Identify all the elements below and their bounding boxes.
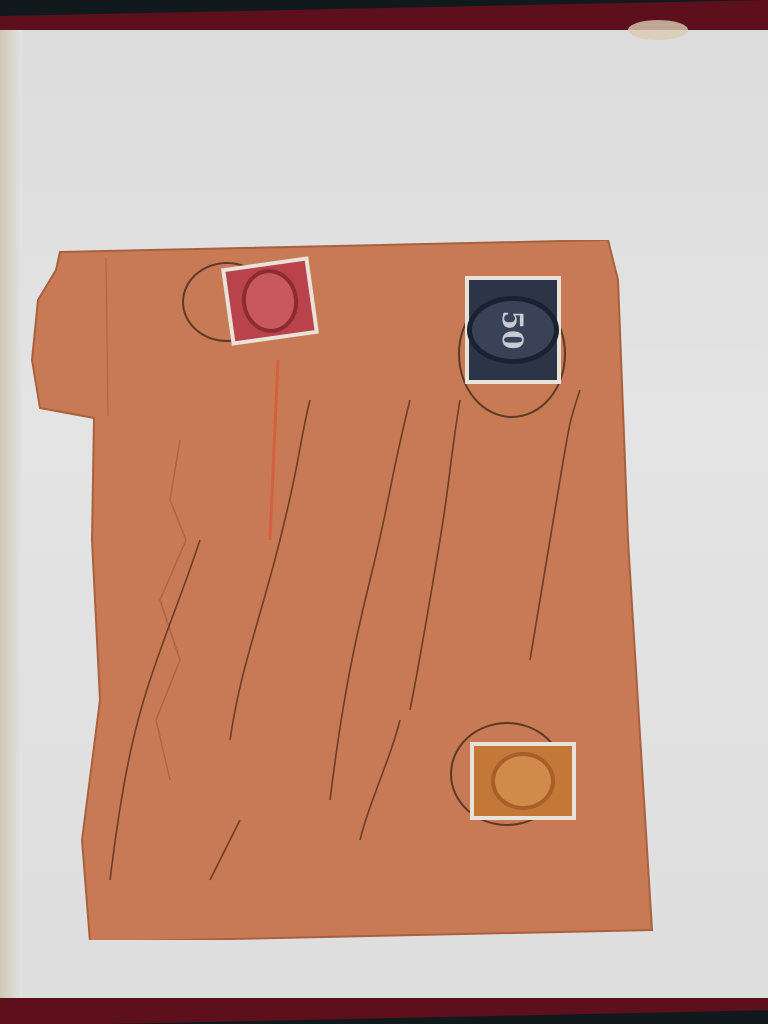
page-binding-edge	[0, 30, 22, 998]
page-stain	[628, 20, 688, 40]
stamp-post-horn-emblem	[491, 752, 555, 810]
stamp-denomination: 50	[467, 296, 559, 364]
red-stamp	[221, 256, 319, 345]
stamp-post-horn-emblem	[238, 265, 302, 336]
blue-stamp: 50	[465, 276, 561, 384]
orange-stamp	[470, 742, 576, 820]
